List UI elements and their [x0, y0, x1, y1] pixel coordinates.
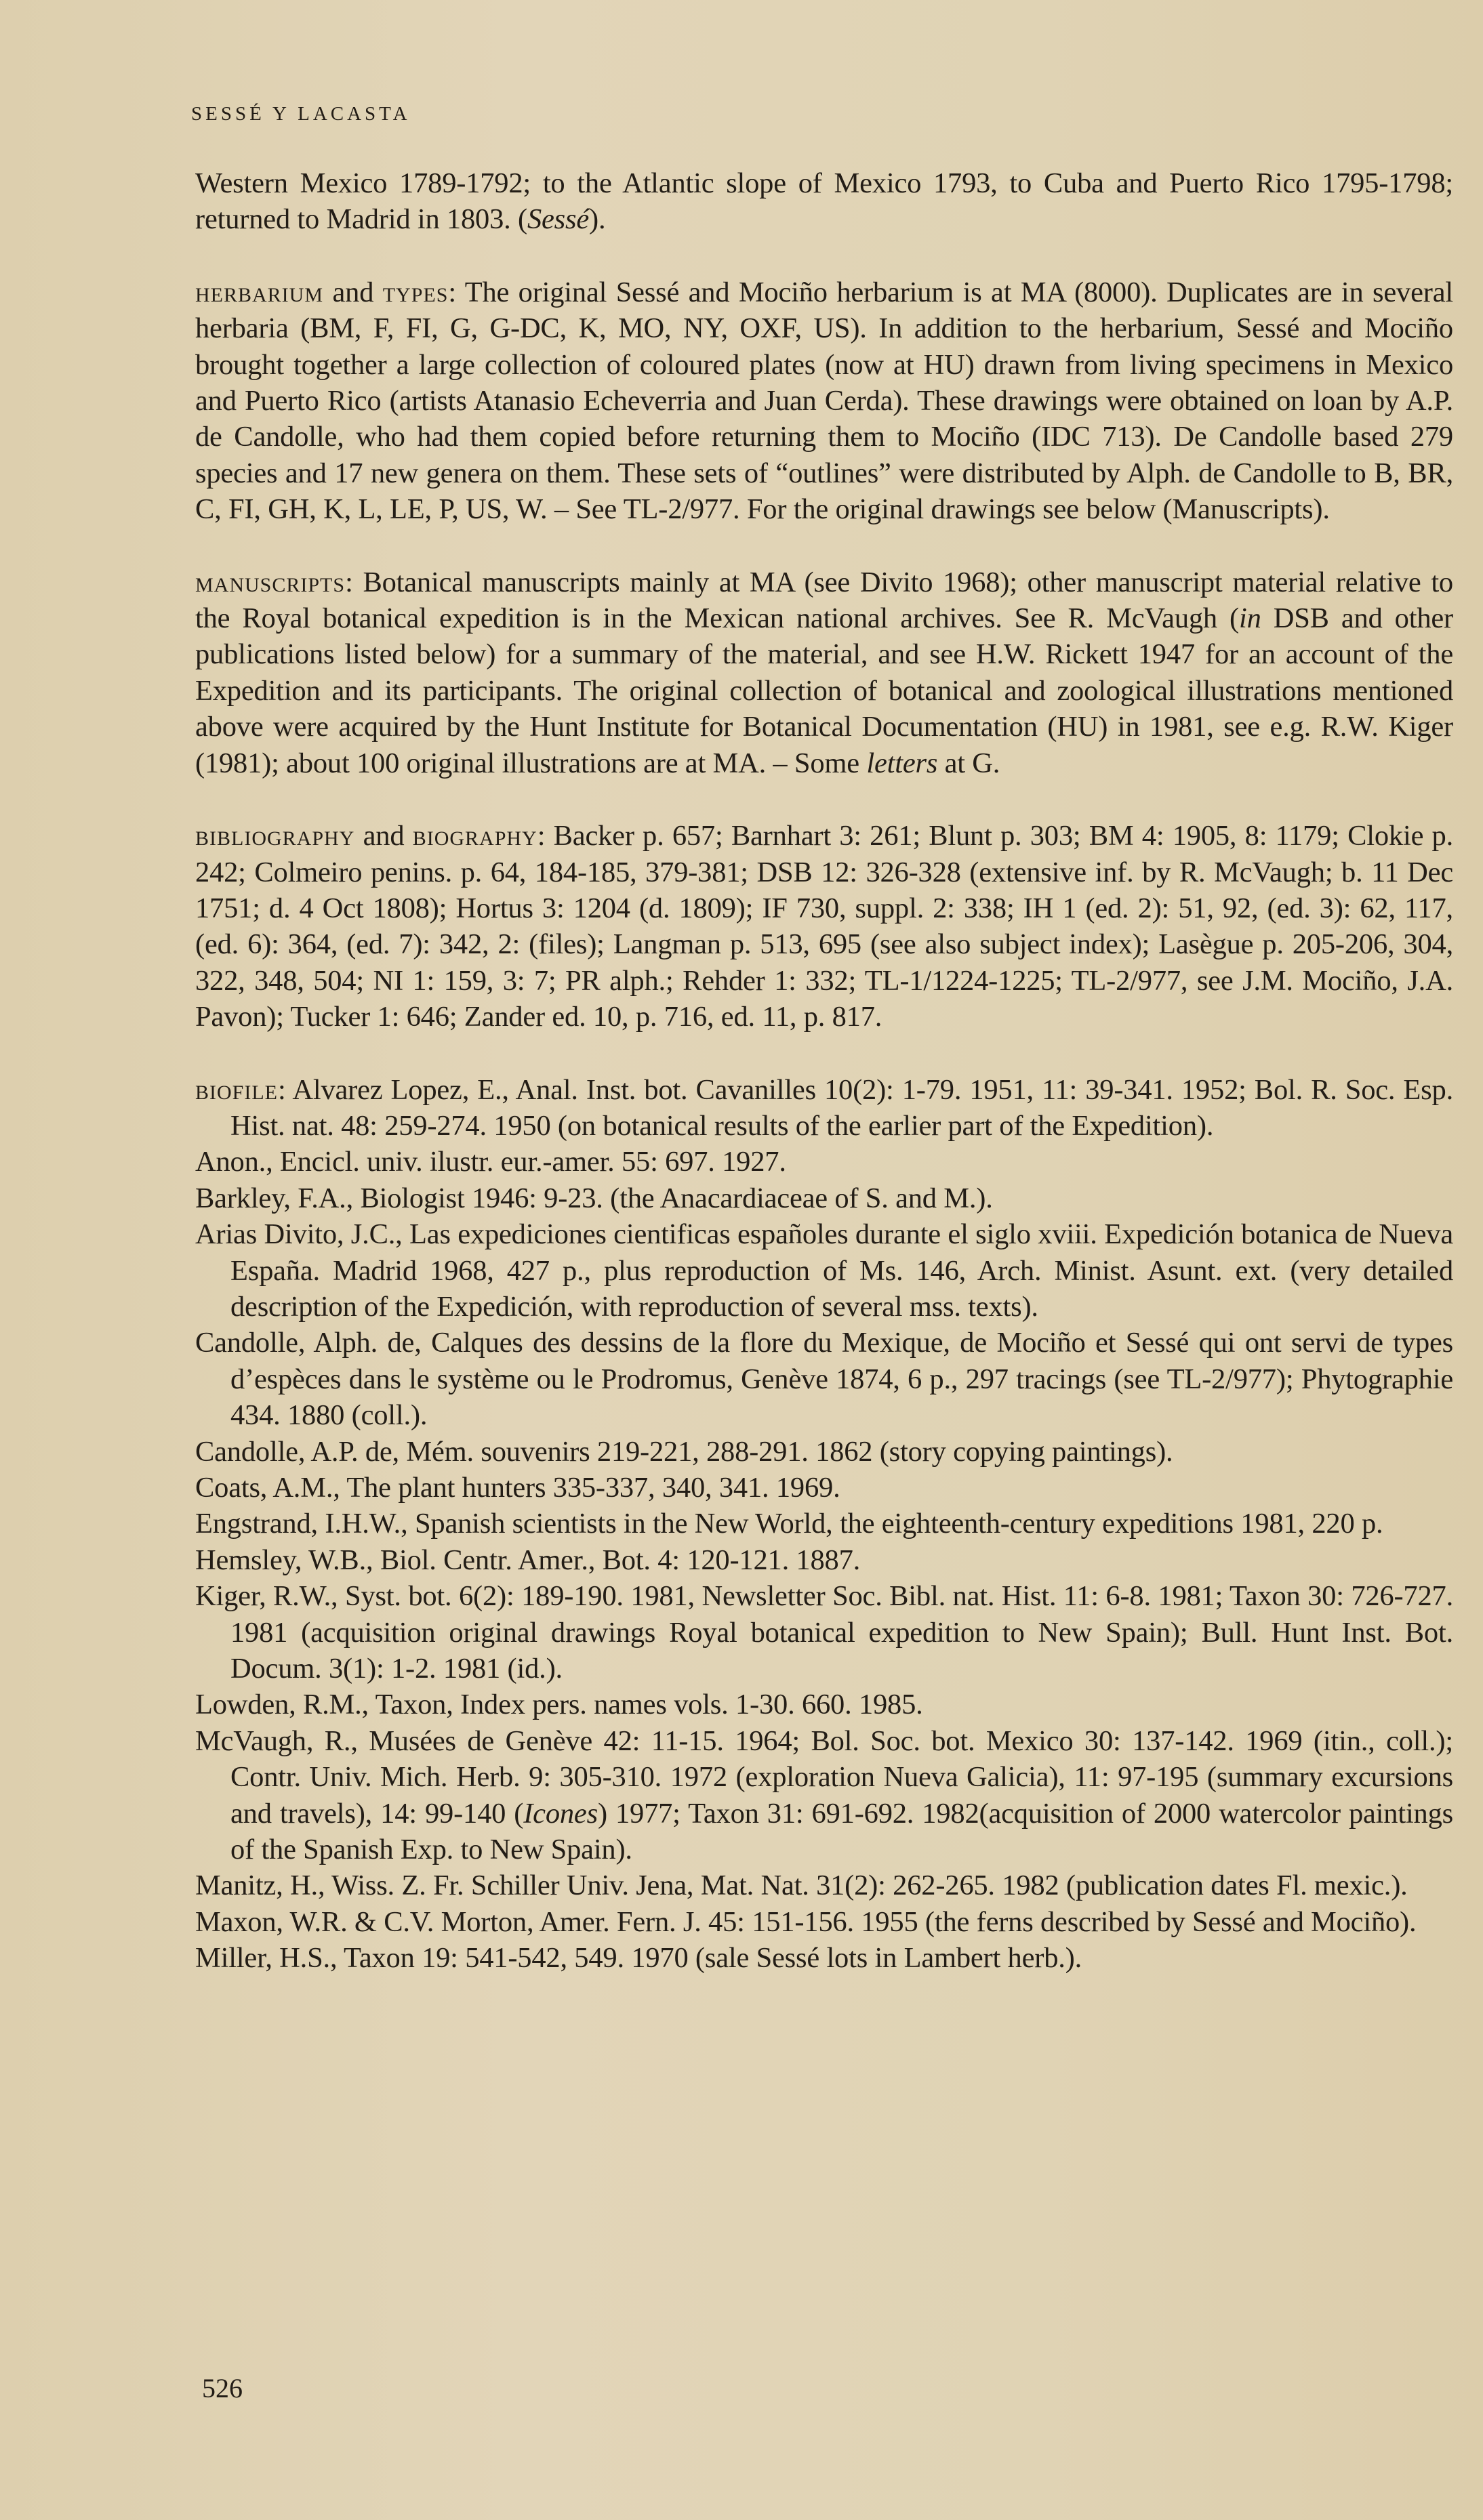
page-number: 526 — [202, 2372, 243, 2405]
biofile-entry: Candolle, A.P. de, Mém. souvenirs 219-22… — [195, 1434, 1453, 1470]
herbarium-label-and: and — [323, 276, 383, 308]
bibliography-text: : Backer p. 657; Barnhart 3: 261; Blunt … — [195, 820, 1453, 1033]
herbarium-label: herbarium — [195, 276, 323, 308]
manuscripts-label: manuscripts — [195, 566, 345, 598]
biofile-entry: Lowden, R.M., Taxon, Index pers. names v… — [195, 1687, 1453, 1722]
biography-label: biography — [413, 820, 537, 852]
page-body: SESSÉ Y LACASTA Western Mexico 1789-1792… — [195, 100, 1453, 1977]
running-head: SESSÉ Y LACASTA — [191, 100, 1453, 127]
biofile-entry: Miller, H.S., Taxon 19: 541-542, 549. 19… — [195, 1940, 1453, 1976]
biofile-entry: Barkley, F.A., Biologist 1946: 9-23. (th… — [195, 1180, 1453, 1216]
intro-italic: Sessé — [527, 203, 589, 235]
biofile-entry: Engstrand, I.H.W., Spanish scientists in… — [195, 1506, 1453, 1542]
manuscripts-italic-letters: letters — [866, 747, 937, 779]
biofile-entry: Anon., Encicl. univ. ilustr. eur.-amer. … — [195, 1144, 1453, 1180]
bibliography-label: bibliography — [195, 820, 354, 852]
biofile-entry: Maxon, W.R. & C.V. Morton, Amer. Fern. J… — [195, 1904, 1453, 1940]
mcvaugh-italic: Icones — [523, 1798, 598, 1830]
types-label: types — [383, 276, 449, 308]
biofile-entry: Coats, A.M., The plant hunters 335-337, … — [195, 1470, 1453, 1506]
herbarium-text: : The original Sessé and Mociño herbariu… — [195, 276, 1453, 525]
biofile-section: biofile: Alvarez Lopez, E., Anal. Inst. … — [195, 1072, 1453, 1977]
intro-text: Western Mexico 1789-1792; to the Atlanti… — [195, 167, 1453, 235]
biofile-entry: Manitz, H., Wiss. Z. Fr. Schiller Univ. … — [195, 1867, 1453, 1903]
biofile-entry: Candolle, Alph. de, Calques des dessins … — [195, 1325, 1453, 1433]
biofile-entry: Arias Divito, J.C., Las expediciones cie… — [195, 1216, 1453, 1325]
intro-paragraph: Western Mexico 1789-1792; to the Atlanti… — [195, 165, 1453, 238]
herbarium-section: herbarium and types: The original Sessé … — [195, 274, 1453, 528]
manuscripts-italic-in: in — [1239, 602, 1261, 634]
biofile-entry: biofile: Alvarez Lopez, E., Anal. Inst. … — [195, 1072, 1453, 1144]
biofile-entry: McVaugh, R., Musées de Genève 42: 11-15.… — [195, 1723, 1453, 1868]
biofile-label: biofile — [195, 1074, 278, 1106]
manuscripts-text-3: at G. — [937, 747, 1000, 779]
bibliography-label-and: and — [354, 820, 412, 852]
biofile-first-text: : Alvarez Lopez, E., Anal. Inst. bot. Ca… — [230, 1074, 1453, 1142]
intro-end: ). — [589, 203, 605, 235]
bibliography-section: bibliography and biography: Backer p. 65… — [195, 818, 1453, 1035]
manuscripts-section: manuscripts: Botanical manuscripts mainl… — [195, 564, 1453, 781]
biofile-entry: Hemsley, W.B., Biol. Centr. Amer., Bot. … — [195, 1542, 1453, 1578]
biofile-entry: Kiger, R.W., Syst. bot. 6(2): 189-190. 1… — [195, 1578, 1453, 1687]
